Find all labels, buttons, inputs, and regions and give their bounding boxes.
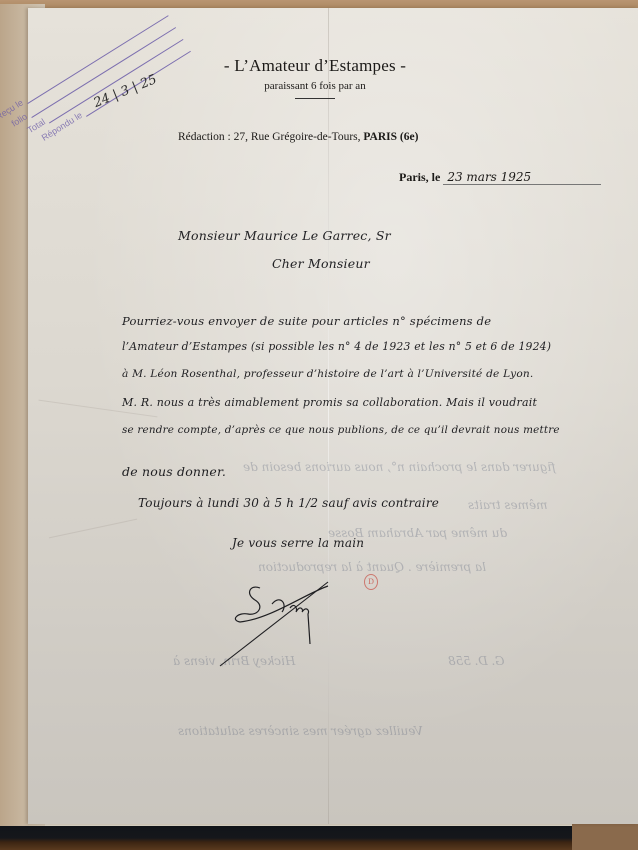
show-through-text: la première . Quant à la reproduction: [258, 560, 486, 574]
body-line: Toujours à lundi 30 à 5 h 1/2 sauf avis …: [138, 496, 439, 510]
address-city: PARIS (6e): [363, 131, 418, 143]
letterhead-rule: [295, 98, 335, 99]
red-mark-stamp: D: [364, 574, 378, 590]
folder-corner: [572, 822, 638, 850]
show-through-text: G. D. 558: [448, 654, 505, 668]
address-street: Rédaction : 27, Rue Grégoire-de-Tours,: [178, 131, 361, 143]
dateline-handwritten: 23 mars 1925: [443, 170, 601, 185]
body-line: Pourriez-vous envoyer de suite pour arti…: [122, 314, 491, 328]
table-surface: [0, 826, 638, 850]
letterhead-address: Rédaction : 27, Rue Grégoire-de-Tours, P…: [178, 131, 418, 143]
dateline: Paris, le 23 mars 1925: [399, 170, 601, 185]
body-line: l’Amateur d’Estampes (si possible les n°…: [122, 340, 551, 353]
letterhead-title: - L’Amateur d’Estampes -: [160, 56, 470, 76]
body-line: à M. Léon Rosenthal, professeur d’histoi…: [122, 368, 533, 380]
dateline-printed: Paris, le: [399, 170, 440, 184]
body-line: M. R. nous a très aimablement promis sa …: [122, 396, 537, 409]
body-line: de nous donner.: [122, 464, 226, 479]
show-through-text: figurer dans le prochain n°, nous aurion…: [243, 460, 555, 474]
signature: [210, 574, 360, 669]
salutation: Cher Monsieur: [272, 256, 370, 271]
letterhead-subtitle: paraissant 6 fois par an: [160, 80, 470, 92]
body-line: se rendre compte, d’après ce que nous pu…: [122, 424, 560, 436]
show-through-text: Veuillez agréer mes sincères salutations: [178, 724, 423, 738]
closing: Je vous serre la main: [232, 536, 364, 550]
letterhead: - L’Amateur d’Estampes - paraissant 6 fo…: [160, 56, 470, 103]
paper-crease: [49, 519, 137, 539]
addressee: Monsieur Maurice Le Garrec, Sr: [178, 228, 391, 243]
show-through-text: mêmes traits: [468, 498, 547, 512]
